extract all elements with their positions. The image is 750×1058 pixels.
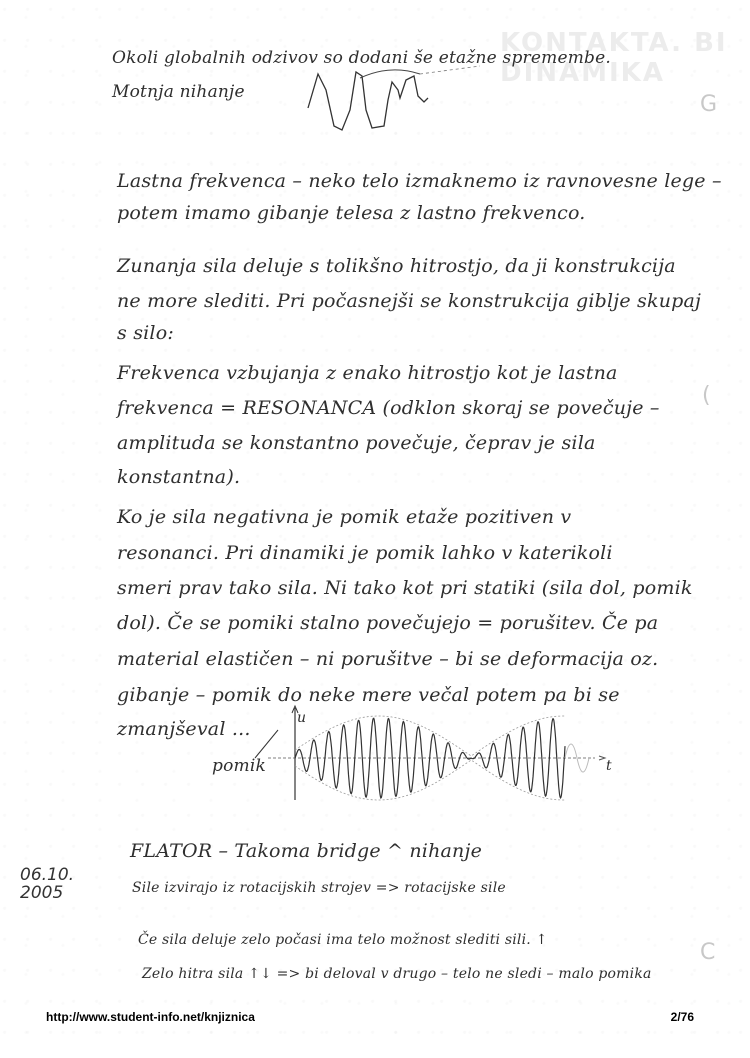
page-number: 2/76 <box>671 1010 694 1024</box>
note-line: smeri prav tako sila. Ni tako kot pri st… <box>117 577 693 599</box>
margin-mark: G <box>700 92 717 117</box>
note-line: potem imamo gibanje telesa z lastno frek… <box>117 202 586 224</box>
note-line: dol). Če se pomiki stalno povečujejo = p… <box>117 612 658 634</box>
scanned-page: KONTAKTA. BI DINAMIKA Okoli globalnih od… <box>0 0 750 1058</box>
vibration-doodle <box>300 60 480 140</box>
note-line: Motnja nihanje <box>112 82 245 102</box>
note-line: ne more slediti. Pri počasnejši se konst… <box>117 290 701 312</box>
note-line: Frekvenca vzbujanja z enako hitrostjo ko… <box>117 362 618 384</box>
note-line: Lastna frekvenca – neko telo izmaknemo i… <box>117 170 722 192</box>
margin-mark: ( <box>702 383 711 408</box>
note-line: resonanci. Pri dinamiki je pomik lahko v… <box>117 542 613 564</box>
note-line: Zunanja sila deluje s tolikšno hitrostjo… <box>117 255 676 277</box>
note-line: konstantna). <box>117 466 240 488</box>
date-day-month: 06.10. <box>20 866 74 884</box>
margin-mark: C <box>700 940 715 965</box>
note-heading-flator: FLATOR – Takoma bridge ^ nihanje <box>130 840 482 862</box>
note-line: zmanjševal ... <box>117 718 251 740</box>
note-line: amplituda se konstantno povečuje, čeprav… <box>117 432 596 454</box>
note-line: Sile izvirajo iz rotacijskih strojev => … <box>132 880 506 896</box>
footer-source-url[interactable]: http://www.student-info.net/knjiznica <box>46 1010 255 1024</box>
date-year: 2005 <box>20 884 74 902</box>
note-line: s silo: <box>117 322 174 344</box>
beat-oscillation-diagram <box>250 700 630 810</box>
note-line: material elastičen – ni porušitve – bi s… <box>117 648 658 670</box>
note-line: Če sila deluje zelo počasi ima telo možn… <box>138 932 548 948</box>
note-line: frekvenca = RESONANCA (odklon skoraj se … <box>117 397 660 419</box>
note-line: Ko je sila negativna je pomik etaže pozi… <box>117 506 571 528</box>
date-note: 06.10. 2005 <box>20 866 74 902</box>
note-line: Zelo hitra sila ↑↓ => bi deloval v drugo… <box>142 966 652 982</box>
